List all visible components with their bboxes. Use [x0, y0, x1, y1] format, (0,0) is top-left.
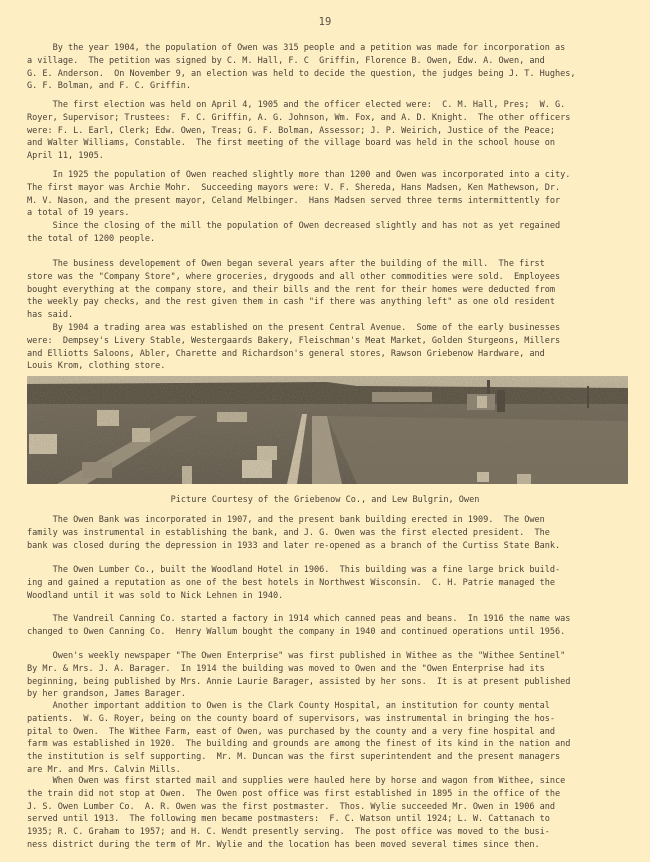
text-line: When Owen was first started mail and sup…	[27, 775, 627, 788]
text-line: The Owen Lumber Co., built the Woodland …	[27, 564, 627, 577]
text-line: By the year 1904, the population of Owen…	[27, 42, 627, 55]
paragraph-hospital: Another important addition to Owen is th…	[27, 700, 627, 777]
text-line: patients. W. G. Royer, being on the coun…	[27, 713, 627, 726]
paragraph-post-office: When Owen was first started mail and sup…	[27, 775, 627, 852]
text-line: In 1925 the population of Owen reached s…	[27, 169, 627, 182]
paragraph-business-development: The business developement of Owen began …	[27, 258, 627, 322]
text-line: The Owen Bank was incorporated in 1907, …	[27, 514, 627, 527]
text-line: bank was closed during the depression in…	[27, 540, 627, 553]
paragraph-mill-closing: Since the closing of the mill the popula…	[27, 220, 627, 246]
historical-photo	[27, 376, 628, 484]
text-line: By 1904 a trading area was established o…	[27, 322, 627, 335]
text-line: ing and gained a reputation as one of th…	[27, 577, 627, 590]
text-line: beginning, being published by Mrs. Annie…	[27, 676, 627, 689]
text-line: a total of 19 years.	[27, 207, 627, 220]
text-line: Owen's weekly newspaper "The Owen Enterp…	[27, 650, 627, 663]
text-line: Since the closing of the mill the popula…	[27, 220, 627, 233]
paragraph-trading-area: By 1904 a trading area was established o…	[27, 322, 627, 373]
text-line: Another important addition to Owen is th…	[27, 700, 627, 713]
text-line: The business developement of Owen began …	[27, 258, 627, 271]
text-line: bought everything at the company store, …	[27, 284, 627, 297]
text-line: The first mayor was Archie Mohr. Succeed…	[27, 182, 627, 195]
text-line: served until 1913. The following men bec…	[27, 813, 627, 826]
text-line: the weekly pay checks, and the rest give…	[27, 296, 627, 309]
text-line: the institution is self supporting. Mr. …	[27, 751, 627, 764]
text-line: and Walter Williams, Constable. The firs…	[27, 137, 627, 150]
paragraph-lumber-hotel: The Owen Lumber Co., built the Woodland …	[27, 564, 627, 602]
text-line: April 11, 1905.	[27, 150, 627, 163]
text-line: M. V. Nason, and the present mayor, Cela…	[27, 195, 627, 208]
paragraph-owen-bank: The Owen Bank was incorporated in 1907, …	[27, 514, 627, 552]
paragraph-canning-co: The Vandreil Canning Co. started a facto…	[27, 613, 627, 639]
text-line: The Vandreil Canning Co. started a facto…	[27, 613, 627, 626]
text-line: G. E. Anderson. On November 9, an electi…	[27, 68, 627, 81]
text-line: ness district during the term of Mr. Wyl…	[27, 839, 627, 852]
paragraph-city-incorporation: In 1925 the population of Owen reached s…	[27, 169, 627, 220]
text-line: G. F. Bolman, and F. C. Griffin.	[27, 80, 627, 93]
paragraph-first-election: The first election was held on April 4, …	[27, 99, 627, 163]
text-line: store was the "Company Store", where gro…	[27, 271, 627, 284]
text-line: Woodland until it was sold to Nick Lehne…	[27, 590, 627, 603]
text-line: By Mr. & Mrs. J. A. Barager. In 1914 the…	[27, 663, 627, 676]
text-line: the total of 1200 people.	[27, 233, 627, 246]
text-line: were: F. L. Earl, Clerk; Edw. Owen, Trea…	[27, 125, 627, 138]
text-line: The first election was held on April 4, …	[27, 99, 627, 112]
text-line: the train did not stop at Owen. The Owen…	[27, 788, 627, 801]
text-line: and Elliotts Saloons, Abler, Charette an…	[27, 348, 627, 361]
text-line: has said.	[27, 309, 627, 322]
text-line: 1935; R. C. Graham to 1957; and H. C. We…	[27, 826, 627, 839]
paragraph-incorporation: By the year 1904, the population of Owen…	[27, 42, 627, 93]
text-line: family was instrumental in establishing …	[27, 527, 627, 540]
page-number: 19	[0, 16, 650, 28]
text-line: Louis Krom, clothing store.	[27, 360, 627, 373]
text-line: pital to Owen. The Withee Farm, east of …	[27, 726, 627, 739]
text-line: Royer, Supervisor; Trustees: F. C. Griff…	[27, 112, 627, 125]
text-line: farm was established in 1920. The buildi…	[27, 738, 627, 751]
text-line: were: Dempsey's Livery Stable, Westergaa…	[27, 335, 627, 348]
photo-caption: Picture Courtesy of the Griebenow Co., a…	[0, 494, 650, 507]
text-line: changed to Owen Canning Co. Henry Wallum…	[27, 626, 627, 639]
paragraph-newspaper: Owen's weekly newspaper "The Owen Enterp…	[27, 650, 627, 701]
text-line: a village. The petition was signed by C.…	[27, 55, 627, 68]
text-line: J. S. Owen Lumber Co. A. R. Owen was the…	[27, 801, 627, 814]
